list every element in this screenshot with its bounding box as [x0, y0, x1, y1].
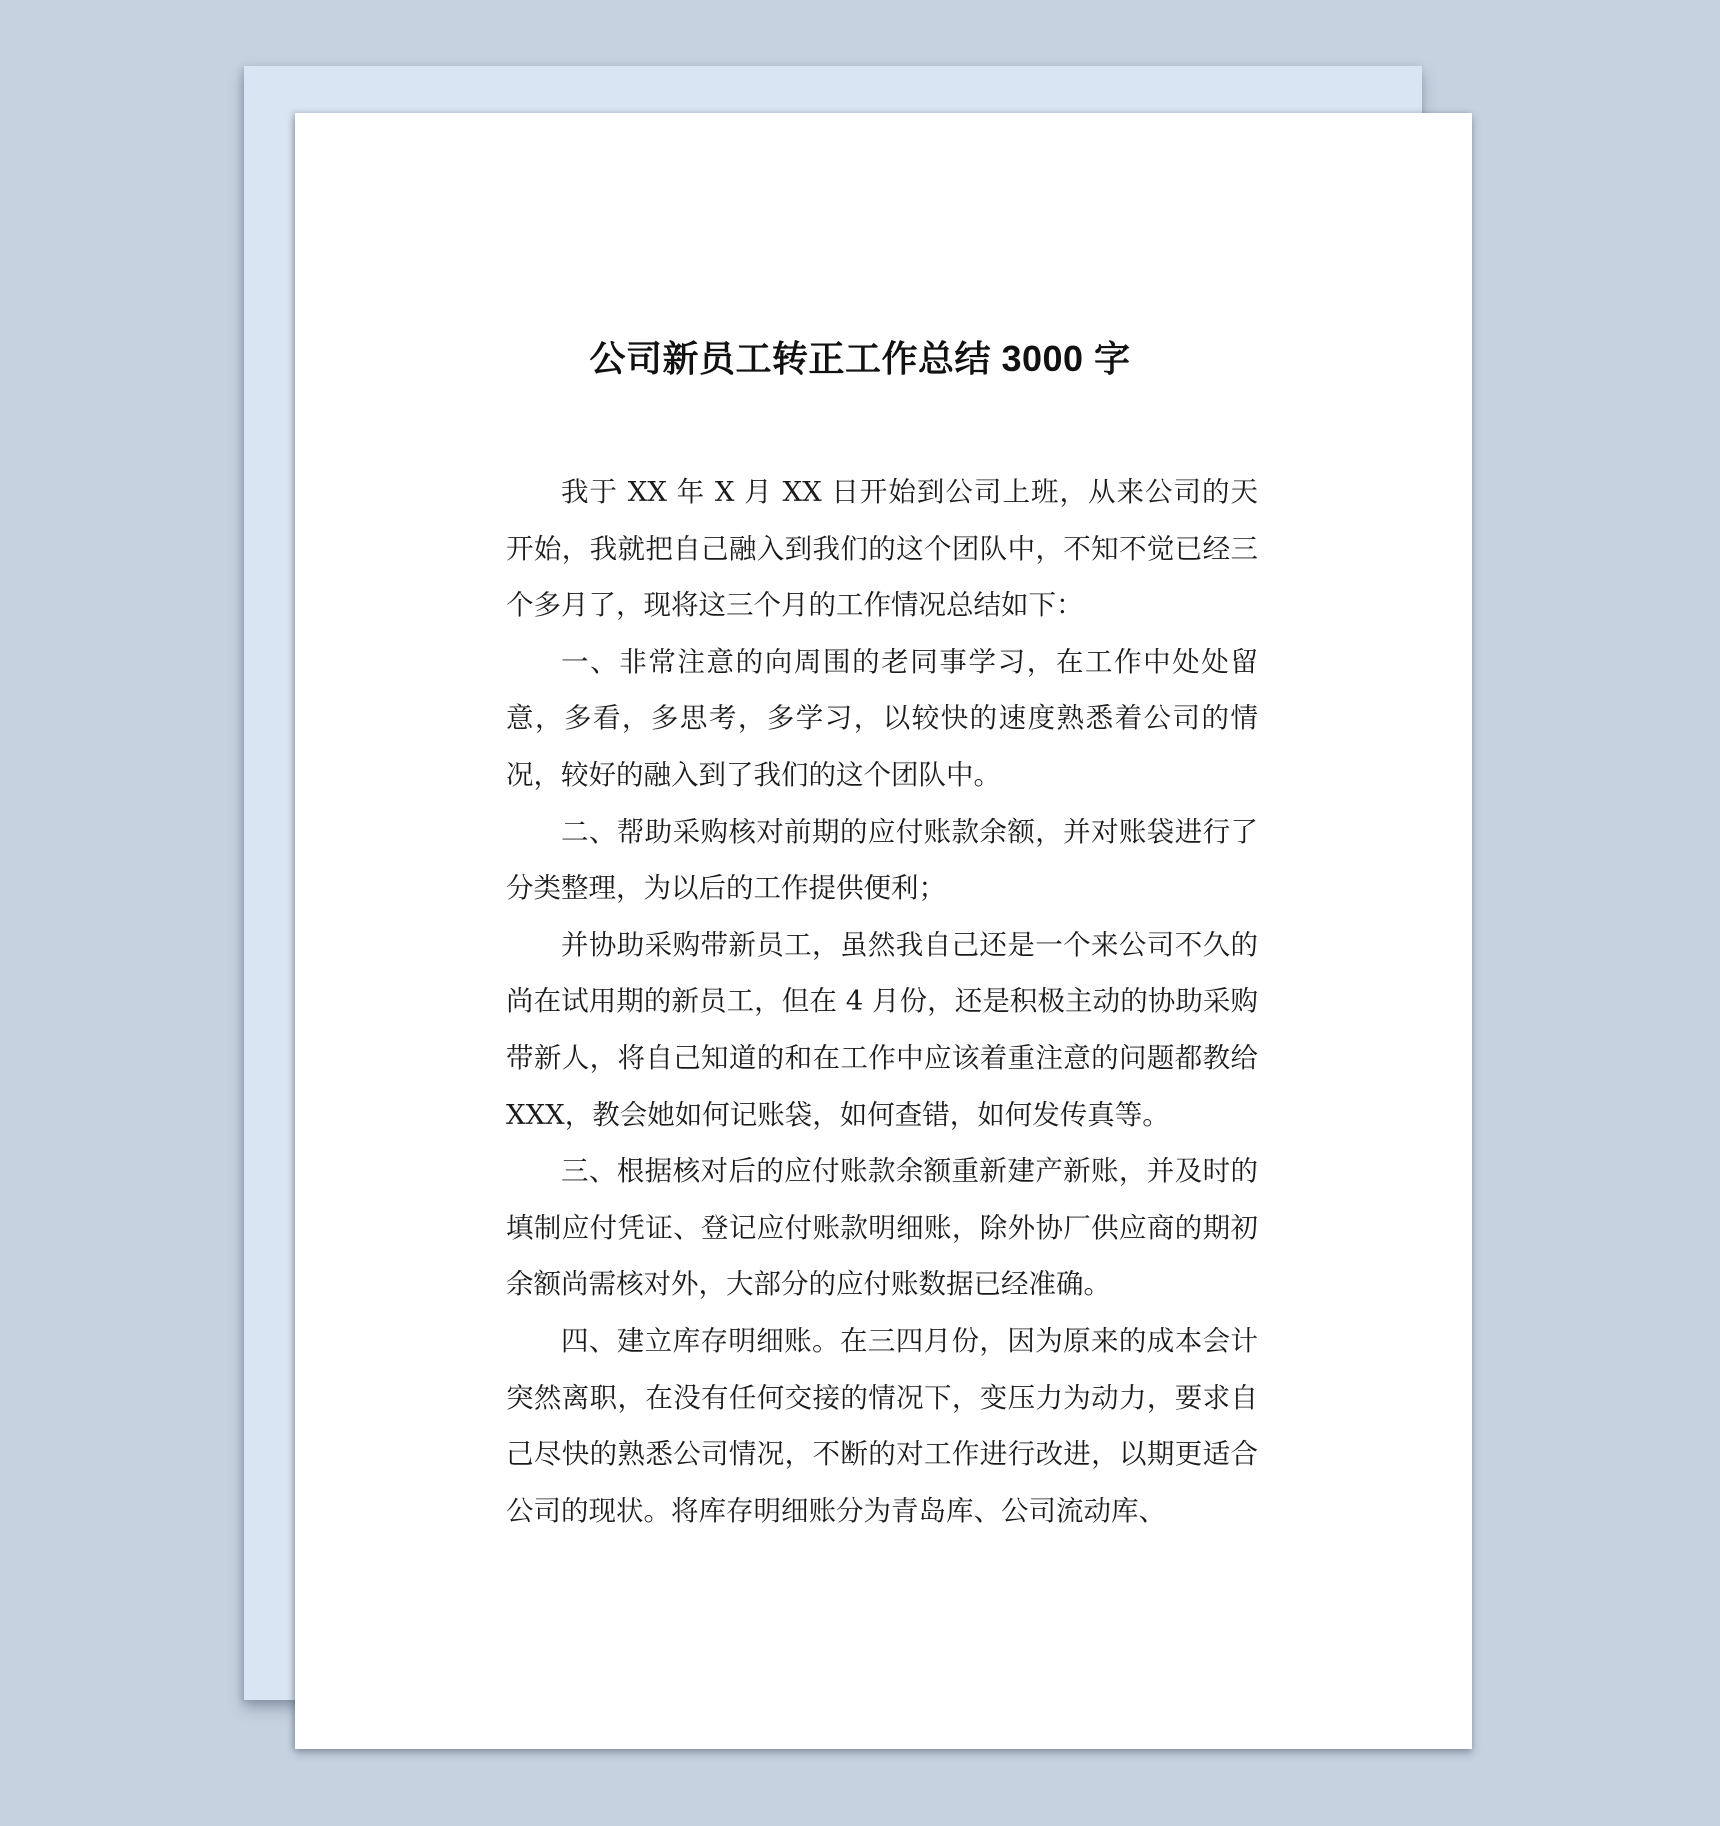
paragraph-item-1: 一、非常注意的向周围的老同事学习，在工作中处处留意，多看，多思考，多学习，以较快…: [506, 634, 1258, 804]
document-body: 我于 XX 年 X 月 XX 日开始到公司上班，从来公司的天开始，我就把自己融入…: [506, 464, 1258, 1539]
paragraph-item-3: 三、根据核对后的应付账款余额重新建产新账，并及时的填制应付凭证、登记应付账款明细…: [506, 1143, 1258, 1313]
paragraph-item-2-continued: 并协助采购带新员工，虽然我自己还是一个来公司不久的尚在试用期的新员工，但在 4 …: [506, 917, 1258, 1143]
paragraph-intro: 我于 XX 年 X 月 XX 日开始到公司上班，从来公司的天开始，我就把自己融入…: [506, 464, 1258, 634]
paragraph-item-4: 四、建立库存明细账。在三四月份，因为原来的成本会计突然离职，在没有任何交接的情况…: [506, 1313, 1258, 1539]
paragraph-item-2: 二、帮助采购核对前期的应付账款余额，并对账袋进行了分类整理，为以后的工作提供便利…: [506, 804, 1258, 917]
document-title: 公司新员工转正工作总结 3000 字: [0, 331, 1720, 387]
